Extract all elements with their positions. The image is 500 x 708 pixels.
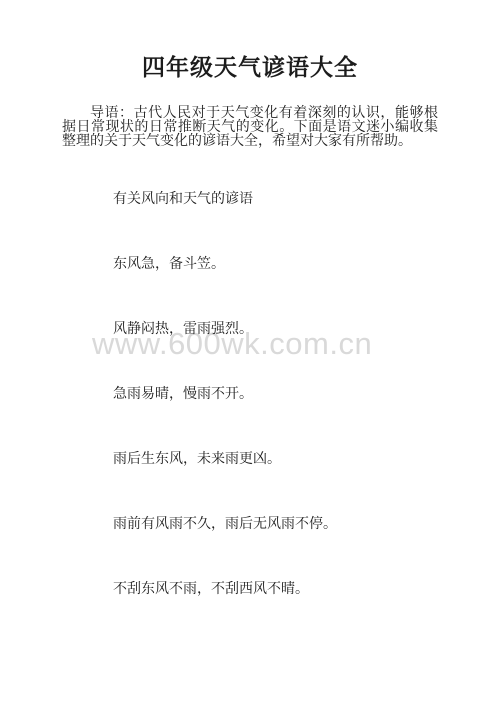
intro-paragraph: 导语：古代人民对于天气变化有着深刻的认识，能够根据日常现状的日常推断天气的变化。… bbox=[62, 107, 438, 149]
proverb-line: 雨后生东风，未来雨更凶。 bbox=[63, 452, 500, 467]
proverb-line: 风静闷热，雷雨强烈。 bbox=[63, 322, 500, 337]
proverb-line: 不刮东风不雨，不刮西风不晴。 bbox=[63, 582, 500, 597]
proverb-line: 雨前有风雨不久，雨后无风雨不停。 bbox=[63, 517, 500, 532]
proverb-lines-container: 东风急，备斗笠。风静闷热，雷雨强烈。急雨易晴，慢雨不开。雨后生东风，未来雨更凶。… bbox=[63, 257, 500, 597]
page-title: 四年级天气谚语大全 bbox=[0, 0, 500, 82]
document-page: www.600wk.com.cn 四年级天气谚语大全 导语：古代人民对于天气变化… bbox=[0, 0, 500, 708]
proverb-list: 有关风向和天气的谚语 东风急，备斗笠。风静闷热，雷雨强烈。急雨易晴，慢雨不开。雨… bbox=[63, 192, 500, 597]
proverb-line: 急雨易晴，慢雨不开。 bbox=[63, 387, 500, 402]
proverb-line: 东风急，备斗笠。 bbox=[63, 257, 500, 272]
section-heading: 有关风向和天气的谚语 bbox=[63, 192, 500, 207]
